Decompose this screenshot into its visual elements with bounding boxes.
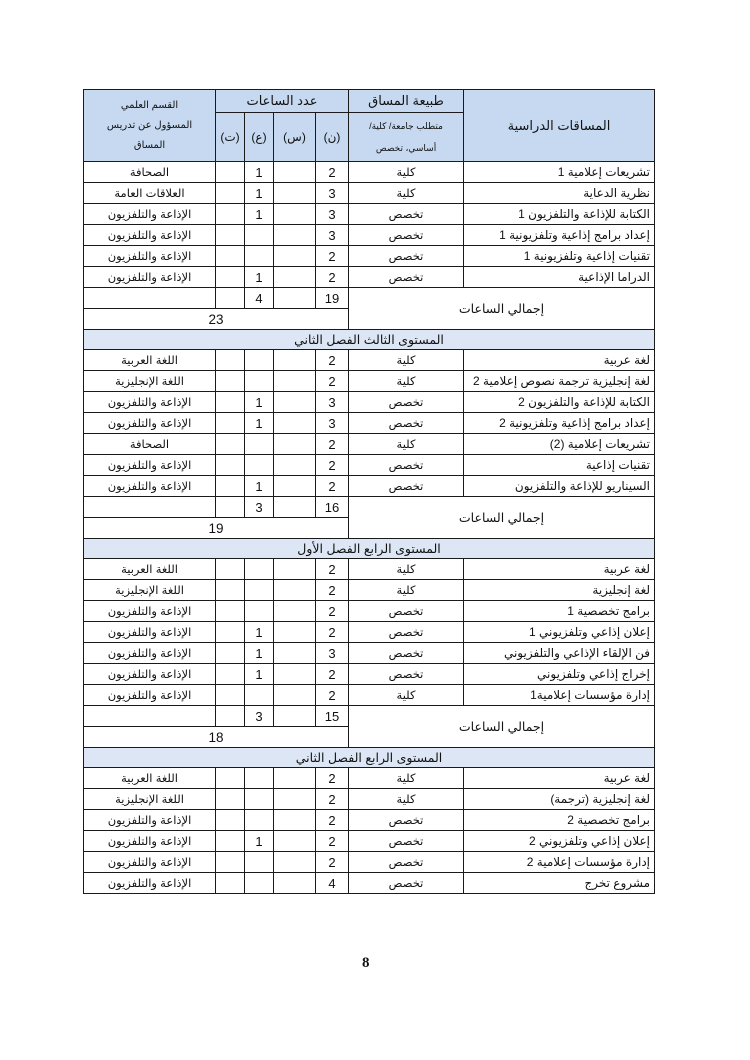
hours-n: 4	[316, 873, 349, 894]
hours-n: 3	[316, 643, 349, 664]
total-hours-t	[216, 706, 245, 727]
course-dept: الإذاعة والتلفزيون	[84, 622, 216, 643]
course-type: كلية	[349, 685, 464, 706]
course-name: إعلان إذاعي وتلفزيوني 2	[464, 831, 655, 852]
course-row: الإذاعة والتلفزيون12تخصصالسيناريو للإذاع…	[84, 476, 655, 497]
course-type: تخصص	[349, 831, 464, 852]
hours-a: 1	[245, 204, 274, 225]
course-type: تخصص	[349, 204, 464, 225]
dept-header: القسم العلمي المسؤول عن تدريس المساق	[84, 90, 216, 162]
course-type: تخصص	[349, 873, 464, 894]
hours-n: 2	[316, 580, 349, 601]
hours-s	[274, 225, 316, 246]
totals-empty	[84, 497, 216, 518]
hours-s	[274, 580, 316, 601]
course-row: الإذاعة والتلفزيون2تخصصتقنيات إذاعية وتل…	[84, 246, 655, 267]
hours-s	[274, 601, 316, 622]
course-name: تقنيات إذاعية	[464, 455, 655, 476]
course-type: كلية	[349, 371, 464, 392]
hours-t	[216, 162, 245, 183]
hours-n: 2	[316, 246, 349, 267]
hours-a	[245, 559, 274, 580]
total-hours-n: 15	[316, 706, 349, 727]
hours-s	[274, 246, 316, 267]
hours-s	[274, 434, 316, 455]
course-name: تشريعات إعلامية (2)	[464, 434, 655, 455]
hours-n: 2	[316, 685, 349, 706]
course-row: اللغة العربية2كليةلغة عربية	[84, 768, 655, 789]
hours-a	[245, 225, 274, 246]
course-dept: الإذاعة والتلفزيون	[84, 873, 216, 894]
hours-n: 2	[316, 559, 349, 580]
course-name: الكتابة للإذاعة والتلفزيون 2	[464, 392, 655, 413]
course-row: الإذاعة والتلفزيون2تخصصتقنيات إذاعية	[84, 455, 655, 476]
course-name: الكتابة للإذاعة والتلفزيون 1	[464, 204, 655, 225]
hours-n: 3	[316, 204, 349, 225]
section-title: المستوى الثالث الفصل الثاني	[84, 330, 655, 350]
course-type: كلية	[349, 768, 464, 789]
total-hours-a: 3	[245, 497, 274, 518]
hours-s	[274, 559, 316, 580]
course-row: اللغة الإنجليزية2كليةلغة إنجليزية ترجمة …	[84, 371, 655, 392]
course-row: الإذاعة والتلفزيون13تخصصالكتابة للإذاعة …	[84, 204, 655, 225]
hours-s	[274, 162, 316, 183]
total-hours-t	[216, 497, 245, 518]
course-row: العلاقات العامة13كليةنظرية الدعاية	[84, 183, 655, 204]
course-name: نظرية الدعاية	[464, 183, 655, 204]
hours-n: 3	[316, 392, 349, 413]
grand-total: 19	[84, 518, 349, 539]
hours-n: 2	[316, 622, 349, 643]
hours-s	[274, 183, 316, 204]
course-dept: العلاقات العامة	[84, 183, 216, 204]
course-row: الصحافة12كليةتشريعات إعلامية 1	[84, 162, 655, 183]
hours-a	[245, 601, 274, 622]
course-dept: الإذاعة والتلفزيون	[84, 831, 216, 852]
course-row: الإذاعة والتلفزيون2تخصصبرامج تخصصية 2	[84, 810, 655, 831]
course-row: الإذاعة والتلفزيون13تخصصالكتابة للإذاعة …	[84, 392, 655, 413]
course-name: إدارة مؤسسات إعلامية 2	[464, 852, 655, 873]
hours-t	[216, 392, 245, 413]
grand-total: 18	[84, 727, 349, 748]
course-row: الإذاعة والتلفزيون12تخصصإخراج إذاعي وتلف…	[84, 664, 655, 685]
hours-a	[245, 852, 274, 873]
course-name: فن الإلقاء الإذاعي والتلفزيوني	[464, 643, 655, 664]
hours-a	[245, 873, 274, 894]
hours-a: 1	[245, 162, 274, 183]
section-header-row: المستوى الرابع الفصل الثاني	[84, 748, 655, 768]
course-dept: الإذاعة والتلفزيون	[84, 852, 216, 873]
hours-a: 1	[245, 664, 274, 685]
hours-t	[216, 476, 245, 497]
total-hours-s	[274, 706, 316, 727]
course-type: تخصص	[349, 664, 464, 685]
hours-n: 2	[316, 601, 349, 622]
total-hours-a: 3	[245, 706, 274, 727]
course-name: لغة عربية	[464, 768, 655, 789]
course-row: اللغة العربية2كليةلغة عربية	[84, 350, 655, 371]
hours-t	[216, 204, 245, 225]
total-hours-n: 16	[316, 497, 349, 518]
course-dept: الإذاعة والتلفزيون	[84, 246, 216, 267]
totals-label: إجمالي الساعات	[349, 706, 655, 748]
hours-t	[216, 413, 245, 434]
course-dept: اللغة الإنجليزية	[84, 371, 216, 392]
hours-n: 2	[316, 664, 349, 685]
hours-t	[216, 371, 245, 392]
totals-row: 315إجمالي الساعات	[84, 706, 655, 727]
hours-col-s: (س)	[274, 113, 316, 162]
hours-t	[216, 810, 245, 831]
course-dept: الإذاعة والتلفزيون	[84, 455, 216, 476]
course-type: كلية	[349, 789, 464, 810]
hours-n: 2	[316, 371, 349, 392]
totals-row: 316إجمالي الساعات	[84, 497, 655, 518]
course-dept: الإذاعة والتلفزيون	[84, 204, 216, 225]
hours-s	[274, 350, 316, 371]
total-hours-s	[274, 497, 316, 518]
course-dept: اللغة الإنجليزية	[84, 789, 216, 810]
course-type: تخصص	[349, 413, 464, 434]
course-name: الدراما الإذاعية	[464, 267, 655, 288]
course-type: كلية	[349, 559, 464, 580]
course-name: لغة عربية	[464, 350, 655, 371]
hours-a	[245, 810, 274, 831]
hours-n: 2	[316, 789, 349, 810]
course-dept: الإذاعة والتلفزيون	[84, 392, 216, 413]
course-name: لغة إنجليزية (ترجمة)	[464, 789, 655, 810]
course-name: لغة إنجليزية ترجمة نصوص إعلامية 2	[464, 371, 655, 392]
hours-t	[216, 873, 245, 894]
hours-t	[216, 225, 245, 246]
hours-a	[245, 580, 274, 601]
course-name: مشروع تخرج	[464, 873, 655, 894]
hours-t	[216, 183, 245, 204]
hours-t	[216, 559, 245, 580]
course-name: لغة إنجليزية	[464, 580, 655, 601]
hours-s	[274, 622, 316, 643]
hours-a: 1	[245, 267, 274, 288]
course-type: كلية	[349, 580, 464, 601]
course-row: الإذاعة والتلفزيون2تخصصبرامج تخصصية 1	[84, 601, 655, 622]
course-dept: اللغة العربية	[84, 559, 216, 580]
course-dept: الإذاعة والتلفزيون	[84, 225, 216, 246]
course-row: اللغة العربية2كليةلغة عربية	[84, 559, 655, 580]
course-row: الإذاعة والتلفزيون4تخصصمشروع تخرج	[84, 873, 655, 894]
course-dept: اللغة العربية	[84, 768, 216, 789]
hours-t	[216, 852, 245, 873]
course-row: الإذاعة والتلفزيون3تخصصإعداد برامج إذاعي…	[84, 225, 655, 246]
course-dept: الإذاعة والتلفزيون	[84, 476, 216, 497]
course-name: إدارة مؤسسات إعلامية1	[464, 685, 655, 706]
course-type: تخصص	[349, 392, 464, 413]
hours-s	[274, 413, 316, 434]
hours-s	[274, 873, 316, 894]
course-row: الصحافة2كليةتشريعات إعلامية (2)	[84, 434, 655, 455]
hours-t	[216, 267, 245, 288]
hours-s	[274, 371, 316, 392]
totals-empty	[84, 706, 216, 727]
course-name: برامج تخصصية 2	[464, 810, 655, 831]
course-dept: الصحافة	[84, 162, 216, 183]
grand-total: 23	[84, 309, 349, 330]
totals-label: إجمالي الساعات	[349, 497, 655, 539]
course-dept: الإذاعة والتلفزيون	[84, 601, 216, 622]
hours-n: 2	[316, 162, 349, 183]
hours-s	[274, 768, 316, 789]
course-row: الإذاعة والتلفزيون13تخصصفن الإلقاء الإذا…	[84, 643, 655, 664]
hours-s	[274, 267, 316, 288]
section-header-row: المستوى الثالث الفصل الثاني	[84, 330, 655, 350]
hours-a	[245, 246, 274, 267]
hours-t	[216, 434, 245, 455]
course-type: تخصص	[349, 810, 464, 831]
totals-empty	[84, 288, 216, 309]
course-dept: الصحافة	[84, 434, 216, 455]
course-name: لغة عربية	[464, 559, 655, 580]
hours-t	[216, 768, 245, 789]
course-row: الإذاعة والتلفزيون12تخصصإعلان إذاعي وتلف…	[84, 622, 655, 643]
courses-header: المساقات الدراسية	[464, 90, 655, 162]
course-type: تخصص	[349, 455, 464, 476]
course-dept: الإذاعة والتلفزيون	[84, 267, 216, 288]
hours-s	[274, 685, 316, 706]
course-type: كلية	[349, 350, 464, 371]
hours-s	[274, 204, 316, 225]
hours-n: 2	[316, 831, 349, 852]
hours-t	[216, 246, 245, 267]
hours-col-n: (ن)	[316, 113, 349, 162]
course-dept: الإذاعة والتلفزيون	[84, 810, 216, 831]
hours-a	[245, 350, 274, 371]
study-plan-table: القسم العلمي المسؤول عن تدريس المساق عدد…	[83, 89, 655, 894]
total-hours-a: 4	[245, 288, 274, 309]
course-name: إخراج إذاعي وتلفزيوني	[464, 664, 655, 685]
hours-n: 2	[316, 455, 349, 476]
hours-t	[216, 350, 245, 371]
course-row: اللغة الإنجليزية2كليةلغة إنجليزية (ترجمة…	[84, 789, 655, 810]
hours-col-t: (ت)	[216, 113, 245, 162]
course-name: إعلان إذاعي وتلفزيوني 1	[464, 622, 655, 643]
course-name: برامج تخصصية 1	[464, 601, 655, 622]
hours-s	[274, 852, 316, 873]
document-page: القسم العلمي المسؤول عن تدريس المساق عدد…	[0, 0, 750, 1060]
course-name: إعداد برامج إذاعية وتلفزيونية 1	[464, 225, 655, 246]
hours-t	[216, 580, 245, 601]
hours-s	[274, 392, 316, 413]
course-type-header: طبيعة المساق	[349, 90, 464, 113]
section-title: المستوى الرابع الفصل الثاني	[84, 748, 655, 768]
hours-s	[274, 476, 316, 497]
course-type: تخصص	[349, 852, 464, 873]
hours-n: 3	[316, 225, 349, 246]
section-header-row: المستوى الرابع الفصل الأول	[84, 539, 655, 559]
hours-a	[245, 434, 274, 455]
hours-n: 2	[316, 768, 349, 789]
hours-a	[245, 455, 274, 476]
header-row-top: القسم العلمي المسؤول عن تدريس المساق عدد…	[84, 90, 655, 113]
course-name: تشريعات إعلامية 1	[464, 162, 655, 183]
hours-n: 2	[316, 810, 349, 831]
hours-t	[216, 789, 245, 810]
hours-t	[216, 601, 245, 622]
course-row: الإذاعة والتلفزيون13تخصصإعداد برامج إذاع…	[84, 413, 655, 434]
course-row: الإذاعة والتلفزيون2كليةإدارة مؤسسات إعلا…	[84, 685, 655, 706]
hours-n: 3	[316, 413, 349, 434]
hours-s	[274, 643, 316, 664]
course-type: تخصص	[349, 476, 464, 497]
hours-t	[216, 455, 245, 476]
course-dept: الإذاعة والتلفزيون	[84, 664, 216, 685]
course-type: تخصص	[349, 622, 464, 643]
hours-a	[245, 789, 274, 810]
totals-row: 419إجمالي الساعات	[84, 288, 655, 309]
hours-a	[245, 768, 274, 789]
totals-label: إجمالي الساعات	[349, 288, 655, 330]
total-hours-t	[216, 288, 245, 309]
page-number: 8	[362, 955, 370, 972]
hours-n: 2	[316, 476, 349, 497]
course-type: كلية	[349, 434, 464, 455]
hours-s	[274, 664, 316, 685]
hours-col-a: (ع)	[245, 113, 274, 162]
course-dept: اللغة الإنجليزية	[84, 580, 216, 601]
course-name: السيناريو للإذاعة والتلفزيون	[464, 476, 655, 497]
hours-s	[274, 810, 316, 831]
hours-a: 1	[245, 392, 274, 413]
hours-a	[245, 685, 274, 706]
course-row: اللغة الإنجليزية2كليةلغة إنجليزية	[84, 580, 655, 601]
course-type: كلية	[349, 183, 464, 204]
course-row: الإذاعة والتلفزيون2تخصصإدارة مؤسسات إعلا…	[84, 852, 655, 873]
course-type: تخصص	[349, 246, 464, 267]
hours-t	[216, 622, 245, 643]
hours-s	[274, 455, 316, 476]
hours-t	[216, 685, 245, 706]
hours-n: 3	[316, 183, 349, 204]
course-type: تخصص	[349, 643, 464, 664]
course-dept: الإذاعة والتلفزيون	[84, 413, 216, 434]
hours-a: 1	[245, 622, 274, 643]
course-type: تخصص	[349, 267, 464, 288]
section-title: المستوى الرابع الفصل الأول	[84, 539, 655, 559]
course-type-subheader: متطلب جامعة/ كلية/ أساسي، تخصص	[349, 113, 464, 162]
course-row: الإذاعة والتلفزيون12تخصصإعلان إذاعي وتلف…	[84, 831, 655, 852]
hours-a	[245, 371, 274, 392]
course-type: كلية	[349, 162, 464, 183]
hours-n: 2	[316, 350, 349, 371]
hours-a: 1	[245, 413, 274, 434]
total-hours-s	[274, 288, 316, 309]
course-type: تخصص	[349, 601, 464, 622]
hours-a: 1	[245, 476, 274, 497]
course-row: الإذاعة والتلفزيون12تخصصالدراما الإذاعية	[84, 267, 655, 288]
total-hours-n: 19	[316, 288, 349, 309]
hours-a: 1	[245, 643, 274, 664]
hours-s	[274, 831, 316, 852]
hours-a: 1	[245, 831, 274, 852]
course-dept: الإذاعة والتلفزيون	[84, 643, 216, 664]
course-name: إعداد برامج إذاعية وتلفزيونية 2	[464, 413, 655, 434]
hours-n: 2	[316, 434, 349, 455]
hours-t	[216, 664, 245, 685]
course-type: تخصص	[349, 225, 464, 246]
course-dept: الإذاعة والتلفزيون	[84, 685, 216, 706]
course-dept: اللغة العربية	[84, 350, 216, 371]
hours-a: 1	[245, 183, 274, 204]
hours-t	[216, 831, 245, 852]
hours-t	[216, 643, 245, 664]
course-name: تقنيات إذاعية وتلفزيونية 1	[464, 246, 655, 267]
hours-n: 2	[316, 852, 349, 873]
hours-s	[274, 789, 316, 810]
hours-header: عدد الساعات	[216, 90, 349, 113]
hours-n: 2	[316, 267, 349, 288]
